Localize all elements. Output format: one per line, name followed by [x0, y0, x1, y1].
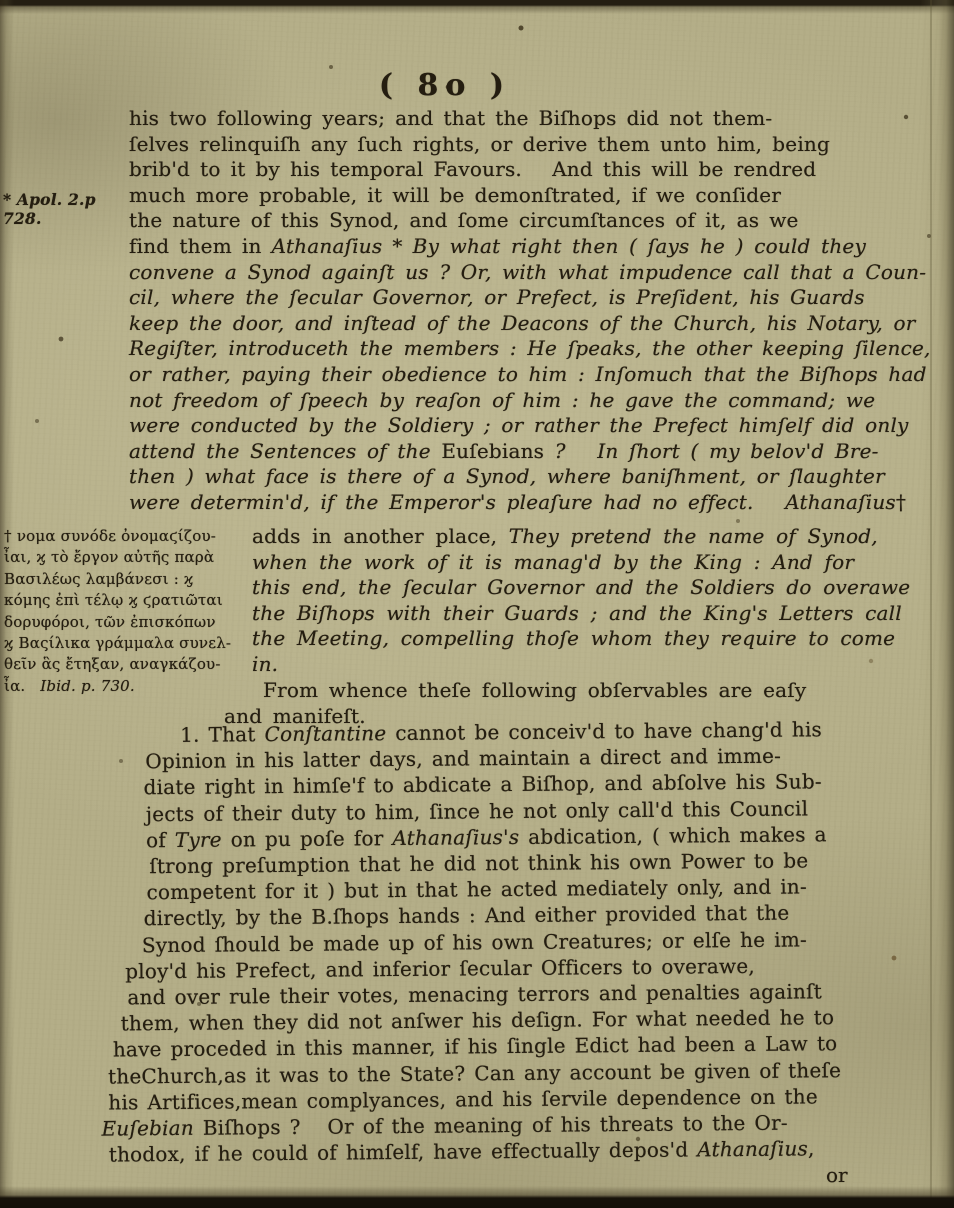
text-segment: ſelves relinquiſh any ſuch rights, or de… — [129, 132, 830, 156]
text-segment: abdication, ( which makes a — [519, 822, 827, 849]
text-segment: † — [896, 490, 906, 514]
text-line: when the work of it is manag'd by the Ki… — [252, 550, 872, 576]
text-segment: cil, where the ſecular Governor, or Pref… — [129, 285, 865, 309]
text-segment: * — [3, 190, 17, 209]
text-segment: , — [808, 1137, 815, 1161]
text-line: not freedom of ſpeech by reaſon of him :… — [129, 388, 909, 414]
scan-edge-bottom — [0, 1186, 954, 1208]
text-line: the nature of this Synod, and ſome circu… — [129, 208, 909, 234]
text-line: convene a Synod againſt us ? Or, with wh… — [129, 260, 909, 286]
text-segment: Euſebians — [441, 439, 544, 463]
text-segment: Athanaſius — [785, 490, 896, 514]
margin-note-apol: * Apol. 2.p 728. — [3, 190, 133, 228]
text-segment: on pu poſe for — [222, 826, 393, 851]
text-segment: ? In ſhort ( my belov'd Bre- — [544, 439, 878, 463]
text-line: brib'd to it by his temporal Favours. An… — [129, 157, 909, 183]
greek-line: ϗ Βαςίλικα γράμμαλα συνελ- — [4, 633, 239, 654]
text-line: adds in another place, They pretend the … — [252, 524, 872, 550]
text-segment: the Biſhops with their Guards ; and the … — [252, 601, 902, 625]
text-segment: or rather, paying their obedience to him… — [129, 362, 927, 386]
text-segment: They pretend the name of Synod, — [509, 524, 878, 548]
greek-line: ἶαι, ϗ τὸ ἔργον αὐτῆς παρὰ — [4, 547, 239, 568]
text-segment: his two following years; and that the Bi… — [129, 106, 772, 130]
text-line: the Meeting, compelling thoſe whom they … — [252, 626, 872, 652]
greek-line: δορυφόροι, τῶν ἐπισκόπων — [4, 612, 239, 633]
text-segment: δορυφόροι, τῶν ἐπισκόπων — [4, 613, 216, 631]
text-segment: Tyre — [175, 827, 222, 851]
margin-note-greek: † ὎νομα συνόδε ὀνομαϛίζου- ἶαι, ϗ τὸ ἔργ… — [4, 526, 239, 697]
greek-line: ἶα. Ibid. p. 730. — [4, 676, 239, 697]
text-segment: brib'd to it by his temporal Favours. An… — [129, 157, 816, 181]
text-segment: From whence theſe following obſervables … — [263, 678, 806, 702]
text-segment: of — [146, 828, 175, 852]
text-line: much more probable, it will be demonſtra… — [129, 183, 909, 209]
text-segment: * — [382, 234, 412, 258]
text-line: Regiſter, introduceth the members : He ſ… — [129, 336, 909, 362]
text-segment: in. — [252, 652, 278, 676]
text-segment: this end, the ſecular Governor and the S… — [252, 575, 910, 599]
text-segment: were determin'd, if the Emperor's pleaſu… — [129, 490, 785, 514]
text-segment: diate right in himſe'f to abdicate a Biſ… — [143, 770, 821, 800]
text-line: were conducted by the Soldiery ; or rath… — [129, 413, 909, 439]
greek-line: κόμης ἐπὶ τέλῳ ϗ ϛρατιῶται — [4, 590, 239, 611]
text-segment: Ibid. p. 730. — [40, 677, 135, 695]
text-line: or rather, paying their obedience to him… — [129, 362, 909, 388]
text-segment: Apol. 2.p 728. — [3, 190, 96, 228]
text-segment: convene a Synod againſt us ? Or, with wh… — [129, 260, 926, 284]
text-line: cil, where the ſecular Governor, or Pref… — [129, 285, 909, 311]
book-scan-page: { "colors": { "paper": "#b4ae88", "ink":… — [0, 0, 954, 1208]
greek-line: † ὎νομα συνόδε ὀνομαϛίζου- — [4, 526, 239, 547]
text-segment: adds in another place, — [252, 524, 509, 548]
text-segment: Biſhops ? Or of the meaning of his threa… — [194, 1111, 788, 1140]
text-segment: ἶαι, ϗ τὸ ἔργον αὐτῆς παρὰ — [4, 548, 214, 566]
text-segment: find them in — [129, 234, 272, 258]
text-segment: ϗ Βαςίλικα γράμμαλα συνελ- — [4, 634, 231, 652]
paragraph-main: his two following years; and that the Bi… — [129, 106, 909, 516]
text-segment: † ὎νομα συνόδε ὀνομαϛίζου- — [4, 527, 216, 545]
quote-block-narrow: adds in another place, They pretend the … — [252, 524, 872, 678]
text-line: his two following years; and that the Bi… — [129, 106, 909, 132]
text-segment: attend the Sentences of the — [129, 439, 441, 463]
text-line: then ) what face is there of a Synod, wh… — [129, 464, 909, 490]
text-segment: 1. That — [180, 722, 265, 747]
text-segment: Conſtantine — [264, 721, 386, 746]
text-segment: Βασιλέως λαμβάνεσι : ϗ — [4, 570, 194, 588]
text-segment: Regiſter, introduceth the members : He ſ… — [129, 336, 931, 360]
text-segment: Athanaſius — [272, 234, 383, 258]
text-line: in. — [252, 652, 872, 678]
text-line: attend the Sentences of the Euſebians ? … — [129, 439, 909, 465]
text-segment: Euſebian — [101, 1116, 194, 1141]
page-number: ( 8o ) — [330, 68, 560, 103]
observables-intro-line1: From whence theſe following obſervables … — [263, 678, 883, 704]
text-segment: cannot be conceiv'd to have chang'd his — [386, 717, 822, 745]
text-segment: directly, by the B.ſhops hands : And eit… — [144, 901, 790, 931]
text-segment: not freedom of ſpeech by reaſon of him :… — [129, 388, 875, 412]
catchword: or — [826, 1163, 848, 1187]
text-segment: when the work of it is manag'd by the Ki… — [252, 550, 854, 574]
text-segment: thodox, if he could of himſelf, have eff… — [109, 1138, 698, 1167]
text-segment: keep the door, and inſtead of the Deacon… — [129, 311, 916, 335]
text-line: were determin'd, if the Emperor's pleaſu… — [129, 490, 909, 516]
text-segment: much more probable, it will be demonſtra… — [129, 183, 781, 207]
text-line: keep the door, and inſtead of the Deacon… — [129, 311, 909, 337]
scan-edge-top — [0, 0, 954, 14]
text-segment: θεῖν ἃς ἔτηξαν, αναγκάζου- — [4, 655, 221, 673]
text-segment: the nature of this Synod, and ſome circu… — [129, 208, 799, 232]
text-segment: Athanaſius's — [392, 825, 519, 850]
text-segment: then ) what face is there of a Synod, wh… — [129, 464, 885, 488]
scan-edge-right — [920, 0, 954, 1208]
text-segment: the Meeting, compelling thoſe whom they … — [252, 626, 895, 650]
text-segment: ἶα. — [4, 677, 40, 695]
text-line: the Biſhops with their Guards ; and the … — [252, 601, 872, 627]
text-line: find them in Athanaſius * By what right … — [129, 234, 909, 260]
greek-line: θεῖν ἃς ἔτηξαν, αναγκάζου- — [4, 654, 239, 675]
text-segment: Athanaſius — [697, 1137, 808, 1162]
text-line: ſelves relinquiſh any ſuch rights, or de… — [129, 132, 909, 158]
text-line: this end, the ſecular Governor and the S… — [252, 575, 872, 601]
text-segment: were conducted by the Soldiery ; or rath… — [129, 413, 909, 437]
text-segment: By what right then ( ſays he ) could the… — [413, 234, 866, 258]
greek-line: Βασιλέως λαμβάνεσι : ϗ — [4, 569, 239, 590]
paragraph-observation-1: 1. That Conſtantine cannot be conceiv'd … — [96, 716, 890, 1168]
text-segment: κόμης ἐπὶ τέλῳ ϗ ϛρατιῶται — [4, 591, 223, 609]
